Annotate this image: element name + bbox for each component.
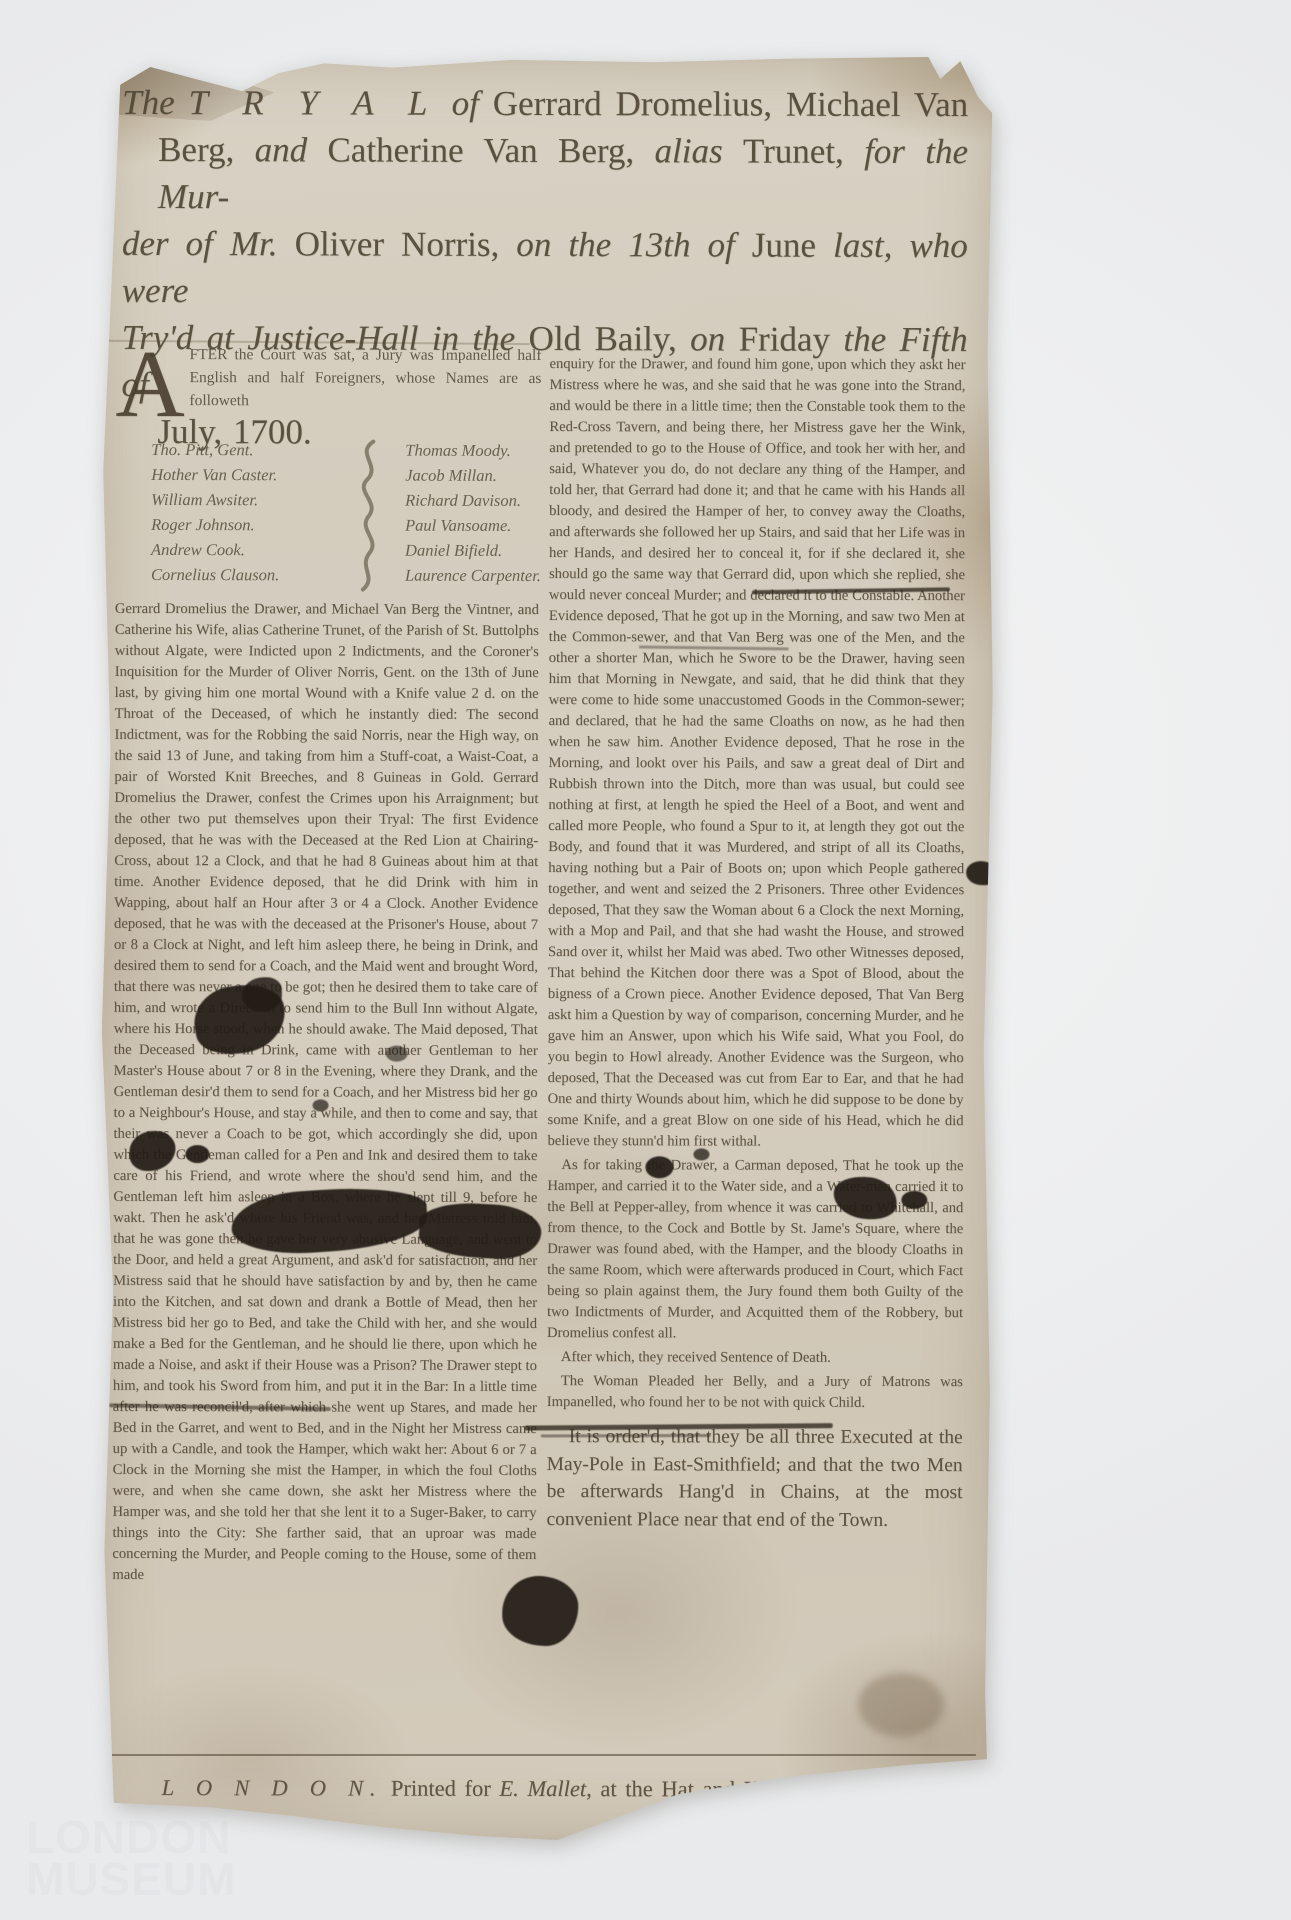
title-segment: Gerrard Dromelius, [493, 84, 786, 124]
ink-blot [901, 1191, 927, 1209]
intro-text: FTER the Court was sat, a Jury was Impan… [189, 346, 541, 409]
stain-blot [858, 1673, 944, 1737]
title-line: der of Mr. Oliver Norris, on the 13th of… [122, 220, 968, 316]
jury-name: Jacob Millan. [405, 463, 541, 488]
imprint-divider [104, 1754, 976, 1756]
title-segment: Mr. [230, 224, 295, 263]
title-segment: June [752, 226, 833, 265]
title-line: The T R Y A L of Gerrard Dromelius, Mich… [122, 79, 968, 128]
jury-name: Paul Vansoame. [405, 513, 541, 538]
right-column-paragraph: As for taking the Drawer, a Carman depos… [547, 1155, 963, 1345]
text-segment: Bride-lane. [832, 1777, 934, 1802]
title-segment: 13th of [628, 225, 752, 264]
title-segment: T R Y A L [189, 83, 438, 123]
jury-name: Daniel Bifield. [405, 538, 541, 563]
ink-blot [966, 861, 998, 885]
belly-plea-paragraph: The Woman Pleaded her Belly, and a Jury … [547, 1371, 963, 1414]
title-segment: of [438, 84, 493, 123]
text-segment: E. Mallet [499, 1776, 586, 1801]
ink-blot [242, 977, 282, 1011]
title-segment: alias [654, 131, 743, 170]
jury-name: Richard Davison. [405, 488, 541, 513]
title-segment: on [690, 319, 739, 358]
jury-column-right: Thomas Moody.Jacob Millan.Richard Daviso… [405, 438, 541, 588]
ink-blot [693, 1148, 709, 1160]
title-segment: last, [833, 226, 909, 265]
jury-name: Hother Van Caster. [151, 462, 279, 487]
ink-blot [386, 1046, 408, 1062]
right-column-text: enquiry for the Drawer, and found him go… [546, 354, 965, 1537]
title-segment: Oliver Norris, [295, 224, 517, 264]
jury-column-left: Tho. Pitt, Gent.Hother Van Caster.Willia… [151, 437, 280, 587]
ink-blot [185, 1145, 209, 1163]
jury-name: Tho. Pitt, Gent. [151, 437, 279, 462]
title-segment: Michael Van [786, 85, 968, 124]
text-segment: , at the Hat and Hawk in [586, 1776, 832, 1802]
ink-blot [313, 1099, 329, 1111]
title-line: Berg, and Catherine Van Berg, alias Trun… [122, 126, 968, 222]
title-segment: The [122, 83, 188, 122]
jury-name: William Awsiter. [151, 487, 279, 512]
drop-cap: A [115, 347, 183, 422]
jury-name: Cornelius Clauson. [151, 562, 279, 587]
ink-blot [502, 1576, 578, 1646]
ink-blot [645, 1156, 673, 1178]
imprint-line: L O N D O N. Printed for E. Mallet, at t… [158, 1775, 938, 1803]
jury-name: Laurence Carpenter. [405, 563, 541, 588]
intro-paragraph: A FTER the Court was sat, a Jury was Imp… [115, 343, 541, 423]
title-segment: der of [122, 224, 230, 263]
jury-brace-icon [347, 437, 387, 593]
title-segment: and [255, 130, 328, 169]
jury-name: Roger Johnson. [151, 512, 279, 537]
title-segment: Old Baily, [529, 319, 691, 358]
text-segment: Printed for [382, 1776, 499, 1801]
title-segment: Berg, [158, 130, 255, 169]
ink-strike [541, 1434, 711, 1437]
museum-photo: { "colors": { "background": "#eeeff0", "… [0, 0, 1291, 1920]
paper-shadow-wrap: The T R Y A L of Gerrard Dromelius, Mich… [0, 0, 1291, 1920]
title-segment: Catherine Van Berg, [327, 130, 654, 170]
title-segment: on the [516, 225, 628, 264]
right-column-paragraph: enquiry for the Drawer, and found him go… [547, 354, 965, 1153]
left-column-text: Gerrard Dromelius the Drawer, and Michae… [112, 599, 539, 1587]
jury-name: Thomas Moody. [405, 438, 541, 463]
title-segment: Trunet, [743, 132, 864, 171]
sentence-paragraph: After which, they received Sentence of D… [547, 1347, 963, 1369]
broadside-document: The T R Y A L of Gerrard Dromelius, Mich… [88, 51, 1001, 1845]
jury-list: Tho. Pitt, Gent.Hother Van Caster.Willia… [115, 437, 545, 600]
text-segment: L O N D O N. [162, 1775, 383, 1801]
title-segment: Friday [739, 320, 844, 359]
execution-order-paragraph: It is order'd, that they be all three Ex… [546, 1423, 962, 1534]
jury-name: Andrew Cook. [151, 537, 279, 562]
